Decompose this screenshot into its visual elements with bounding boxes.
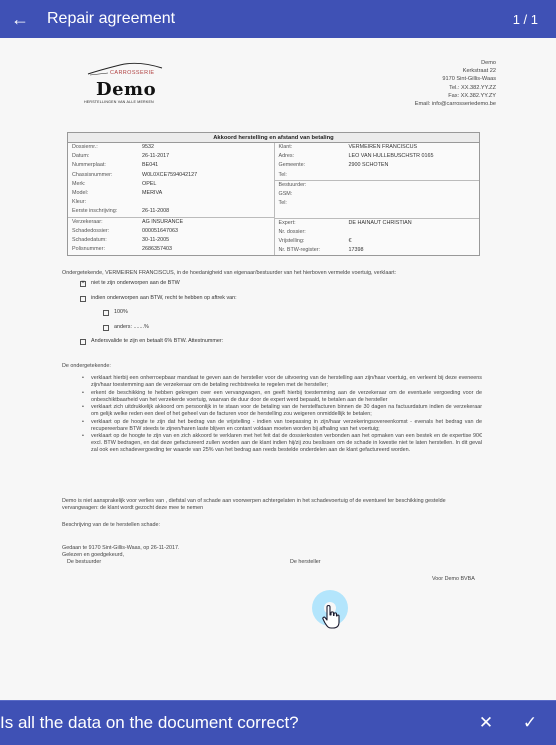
company-line: Kerkstraat 22 — [415, 67, 496, 75]
checkbox-icon — [103, 310, 109, 316]
field-label: Nr. dossier: — [279, 228, 349, 237]
option-label: Andersvalide te zijn en betaalt 6% BTW. … — [91, 338, 223, 345]
field-label: Schadedatum: — [72, 236, 142, 245]
field-label: Model: — [72, 189, 142, 198]
done-at: Gedaan te 9170 Sint-Gillis-Waas, op 26-1… — [62, 545, 492, 552]
vat-option: niet te zijn onderworpen aan de BTW — [80, 279, 237, 289]
table-row: Adres:LEO VAN HULLEBUSCHSTR 0165 — [275, 152, 480, 161]
table-row: Nr. dossier: — [275, 228, 480, 237]
field-label: Adres: — [279, 152, 349, 161]
terms-list: verklaart hierbij een onherroepbaar mand… — [82, 375, 482, 455]
brand-tagline: HERSTELLINGEN VAN ALLE MERKEN — [84, 100, 154, 105]
undersigned-heading: De ondergetekende: — [62, 363, 492, 370]
company-line: 9170 Sint-Gillis-Waas — [415, 75, 496, 83]
checked-checkbox-icon — [80, 281, 86, 287]
list-item: verklaart op de hoogte te zijn dat het b… — [82, 419, 482, 433]
field-value: W0L0XCE7594042127 — [142, 171, 197, 180]
field-value: LEO VAN HULLEBUSCHSTR 0165 — [349, 152, 434, 161]
table-section: Expert:DE HAINAUT CHRISTIANNr. dossier:V… — [275, 219, 480, 256]
option-label: anders: .......% — [114, 324, 149, 331]
field-label: Vrijstelling: — [279, 237, 349, 246]
field-label: Eerste inschrijving: — [72, 207, 142, 216]
table-row: Bestuurder: — [275, 181, 480, 190]
brand-name: Demo — [96, 78, 156, 101]
app-bar: ← Repair agreement 1 / 1 — [0, 0, 556, 38]
company-line: Email: info@carrosseriedemo.be — [415, 100, 496, 108]
field-value: DE HAINAUT CHRISTIAN — [349, 219, 412, 228]
field-label: Tel: — [279, 199, 349, 208]
arrow-left-icon[interactable]: ← — [5, 9, 35, 30]
table-title: Akkoord herstelling en afstand van betal… — [68, 133, 479, 143]
table-row — [275, 208, 480, 217]
field-label: Nummerplaat: — [72, 161, 142, 170]
table-row: Schadedatum:30-11-2005 — [68, 236, 274, 245]
vat-option: Andersvalide te zijn en betaalt 6% BTW. … — [80, 337, 237, 347]
table-section: Dossiernr.:9532Datum:26-11-2017Nummerpla… — [68, 143, 274, 218]
field-label: Gemeente: — [279, 161, 349, 170]
page-title: Repair agreement — [47, 10, 513, 28]
checkbox-icon — [80, 339, 86, 345]
field-value: OPEL — [142, 180, 156, 189]
page-counter: 1 / 1 — [513, 12, 538, 27]
hand-pointer-icon — [321, 604, 341, 630]
option-label: indien onderworpen aan BTW, recht te heb… — [91, 295, 237, 302]
brand-small: CARROSSERIE — [110, 70, 154, 77]
field-label: Expert: — [279, 219, 349, 228]
list-item: erkent de beschikking te hebben gekregen… — [82, 390, 482, 404]
table-row: Gemeente:2900 SCHOTEN — [275, 161, 480, 170]
read-approved: Gelezen en goedgekeurd, — [62, 552, 492, 559]
vat-options: niet te zijn onderworpen aan de BTWindie… — [62, 279, 237, 352]
vat-option: anders: .......% — [103, 323, 237, 333]
confirmation-bar: Is all the data on the document correct?… — [0, 700, 556, 745]
field-label: Chassisnummer: — [72, 171, 142, 180]
list-item: verklaart op de hoogte te zijn van en zi… — [82, 433, 482, 454]
table-row: Klant:VERMEIREN FRANCISCUS — [275, 143, 480, 152]
company-line: Demo — [415, 59, 496, 67]
damage-description-label: Beschrijving van de te herstellen schade… — [62, 522, 492, 529]
table-row: Merk:OPEL — [68, 180, 274, 189]
field-value: AG INSURANCE — [142, 218, 183, 227]
vat-option: indien onderworpen aan BTW, recht te heb… — [80, 294, 237, 304]
close-icon[interactable]: ✕ — [464, 713, 508, 733]
company-line: Fax: XX.382.YY.ZY — [415, 92, 496, 100]
list-item: verklaart hierbij een onherroepbaar mand… — [82, 375, 482, 389]
field-label: Tel: — [279, 171, 349, 180]
field-label: Nr. BTW-register: — [279, 246, 349, 255]
option-label: niet te zijn onderworpen aan de BTW — [91, 280, 180, 287]
field-value: 26-11-2008 — [142, 207, 169, 216]
option-label: 100% — [114, 309, 128, 316]
field-label: Schadedossier: — [72, 227, 142, 236]
vat-option: 100% — [103, 308, 237, 318]
field-label: Polisnummer: — [72, 245, 142, 254]
table-row: GSM: — [275, 190, 480, 199]
table-row: Expert:DE HAINAUT CHRISTIAN — [275, 219, 480, 228]
for-company-label: Voor Demo BVBA — [432, 576, 556, 583]
company-address: DemoKerkstraat 229170 Sint-Gillis-WaasTe… — [415, 59, 496, 108]
table-row: Model:MERIVA — [68, 189, 274, 198]
table-row: Tel: — [275, 171, 480, 180]
field-value: € — [349, 237, 352, 246]
table-section: Klant:VERMEIREN FRANCISCUSAdres:LEO VAN … — [275, 143, 480, 181]
field-label: Klant: — [279, 143, 349, 152]
field-label: Merk: — [72, 180, 142, 189]
field-value: 000051647063 — [142, 227, 178, 236]
checkbox-icon — [80, 296, 86, 302]
field-value: 9532 — [142, 143, 154, 152]
field-label: Dossiernr.: — [72, 143, 142, 152]
table-row: Datum:26-11-2017 — [68, 152, 274, 161]
field-label: GSM: — [279, 190, 349, 199]
list-item: verklaart zich uitdrukkelijk akkoord om … — [82, 404, 482, 418]
declaration: Ondergetekende, VERMEIREN FRANCISCUS, in… — [62, 270, 492, 277]
table-right-column: Klant:VERMEIREN FRANCISCUSAdres:LEO VAN … — [274, 143, 480, 255]
field-value: 26-11-2017 — [142, 152, 169, 161]
liability-text: Demo is niet aansprakelijk voor verlies … — [62, 498, 482, 512]
confirmation-question: Is all the data on the document correct? — [0, 713, 464, 733]
table-row: Verzekeraar:AG INSURANCE — [68, 218, 274, 227]
signature-block: Gedaan te 9170 Sint-Gillis-Waas, op 26-1… — [62, 545, 492, 559]
table-section: Verzekeraar:AG INSURANCESchadedossier:00… — [68, 218, 274, 255]
field-value: 2686357403 — [142, 245, 172, 254]
table-left-column: Dossiernr.:9532Datum:26-11-2017Nummerpla… — [68, 143, 274, 255]
check-icon[interactable]: ✓ — [508, 713, 552, 733]
field-value: 2900 SCHOTEN — [349, 161, 389, 170]
table-row: Polisnummer:2686357403 — [68, 245, 274, 254]
field-value: 30-11-2005 — [142, 236, 169, 245]
field-label: Verzekeraar: — [72, 218, 142, 227]
table-row: Eerste inschrijving:26-11-2008 — [68, 207, 274, 216]
checkbox-icon — [103, 325, 109, 331]
table-row: Dossiernr.:9532 — [68, 143, 274, 152]
company-line: Tel.: XX.382.YY.ZZ — [415, 84, 496, 92]
field-value: MERIVA — [142, 189, 162, 198]
table-row: Tel: — [275, 199, 480, 208]
company-logo: CARROSSERIE Demo HERSTELLINGEN VAN ALLE … — [82, 60, 162, 110]
field-label — [279, 208, 349, 217]
table-row: Vrijstelling:€ — [275, 237, 480, 246]
agreement-table: Akkoord herstelling en afstand van betal… — [67, 132, 480, 256]
table-row: Schadedossier:000051647063 — [68, 227, 274, 236]
table-row: Nr. BTW-register:17398 — [275, 246, 480, 255]
field-label: Bestuurder: — [279, 181, 349, 190]
table-row: Nummerplaat:BE041 — [68, 161, 274, 170]
sign-repairer-label: De hersteller — [290, 559, 556, 566]
field-value: VERMEIREN FRANCISCUS — [349, 143, 418, 152]
field-label: Datum: — [72, 152, 142, 161]
document-page: CARROSSERIE Demo HERSTELLINGEN VAN ALLE … — [62, 45, 502, 695]
table-row: Kleur: — [68, 198, 274, 207]
field-label: Kleur: — [72, 198, 142, 207]
table-section: Bestuurder:GSM:Tel: — [275, 181, 480, 219]
table-row: Chassisnummer:W0L0XCE7594042127 — [68, 171, 274, 180]
field-value: 17398 — [349, 246, 364, 255]
field-value: BE041 — [142, 161, 158, 170]
